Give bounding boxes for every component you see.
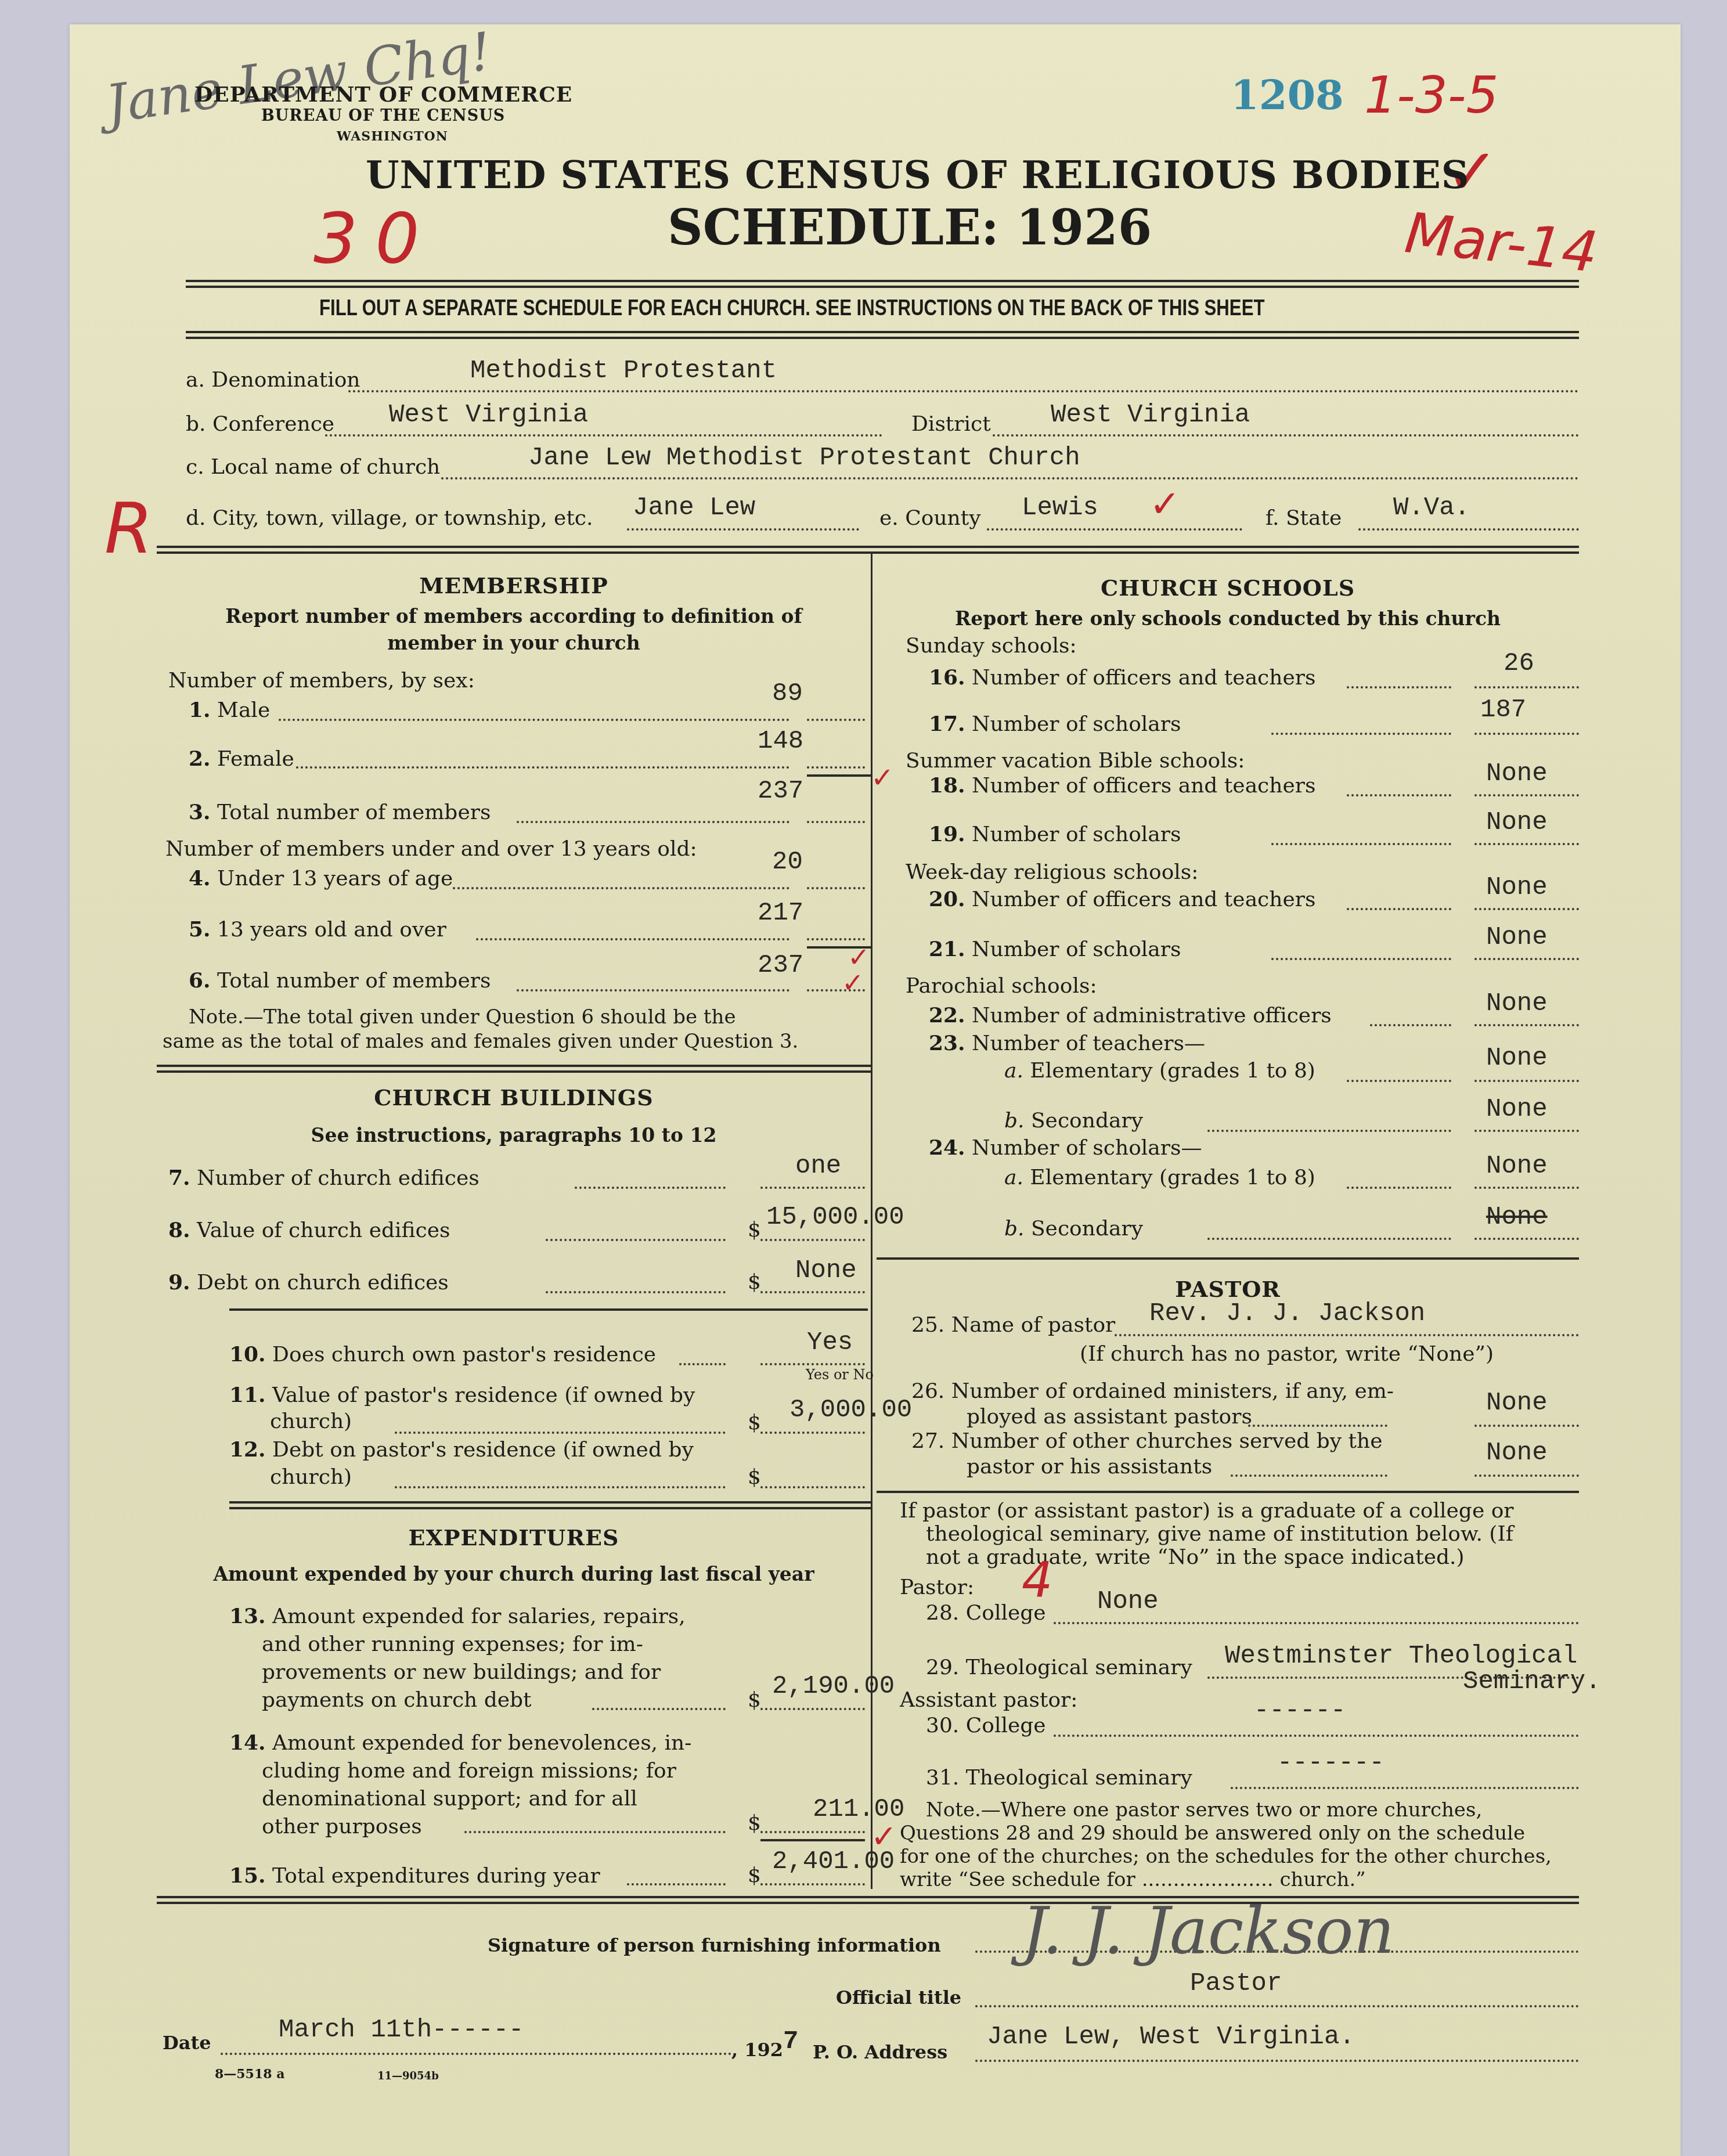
signature-label: Signature of person furnishing informati… bbox=[488, 1934, 941, 1956]
summer-teachers-field[interactable] bbox=[1474, 794, 1579, 796]
county-field[interactable] bbox=[987, 528, 1242, 531]
q4-label: Under 13 years of age bbox=[217, 867, 453, 890]
edifices-value-field[interactable] bbox=[760, 1239, 865, 1241]
date-year-suffix: 7 bbox=[783, 2027, 799, 2056]
summer-scholars-field[interactable] bbox=[1474, 843, 1579, 845]
dollar-sign: $ bbox=[748, 1811, 761, 1835]
po-address-field[interactable] bbox=[975, 2060, 1579, 2062]
weekday-scholars-value: None bbox=[1486, 923, 1548, 952]
female-field[interactable] bbox=[807, 766, 865, 769]
q24-number: 24. bbox=[929, 1135, 965, 1160]
pastor-name-hint: (If church has no pastor, write “None”) bbox=[1080, 1342, 1494, 1366]
assistant-pastors-field[interactable] bbox=[1474, 1425, 1579, 1427]
church-buildings-subtitle: See instructions, paragraphs 10 to 12 bbox=[157, 1124, 871, 1146]
pastor-note: Note.—Where one pastor serves two or mor… bbox=[926, 1798, 1482, 1822]
q22-label: Number of administrative officers bbox=[972, 1004, 1332, 1027]
q20-label: Number of officers and teachers bbox=[972, 888, 1315, 911]
state-field[interactable] bbox=[1358, 528, 1579, 531]
edifices-value: 15,000.00 bbox=[766, 1203, 904, 1232]
q18-number: 18. bbox=[929, 773, 965, 798]
red-mark-college: 4 bbox=[1022, 1551, 1052, 1608]
q10-number: 10. bbox=[229, 1342, 266, 1367]
assistant-seminary-value: ------- bbox=[1277, 1748, 1385, 1778]
q24b-label: Secondary bbox=[1031, 1217, 1143, 1241]
yes-or-no-hint: Yes or No bbox=[806, 1367, 874, 1383]
total-expenditures-value: 2,401.00 bbox=[772, 1847, 895, 1876]
pastor-note-4: write “See schedule for ................… bbox=[900, 1868, 1366, 1891]
other-churches-value: None bbox=[1486, 1438, 1548, 1468]
running-expenses-value: 2,190.00 bbox=[772, 1672, 895, 1701]
parochial-sec-scholars-field[interactable] bbox=[1474, 1238, 1579, 1240]
q5-number: 5. bbox=[189, 917, 211, 942]
residence-debt-field[interactable] bbox=[760, 1486, 865, 1488]
red-code-annotation: 1-3-5 bbox=[1364, 65, 1498, 125]
date-value: March 11th------ bbox=[279, 2016, 524, 2045]
official-title-field[interactable] bbox=[975, 2005, 1579, 2007]
q23b-letter: b. bbox=[1004, 1109, 1025, 1133]
department-name: DEPARTMENT OF COMMERCE bbox=[194, 82, 572, 107]
q13-label-3: provements or new buildings; and for bbox=[229, 1660, 661, 1684]
parochial-sec-teachers-value: None bbox=[1486, 1095, 1548, 1124]
membership-subtitle: Report number of members according to de… bbox=[157, 605, 871, 628]
date-year-prefix: , 192 bbox=[731, 2039, 783, 2061]
parochial-sec-scholars-value: None bbox=[1486, 1203, 1548, 1232]
form-code: 8—5518 a bbox=[215, 2067, 284, 2082]
under-13-field[interactable] bbox=[807, 887, 865, 889]
q24a-label: Elementary (grades 1 to 8) bbox=[1030, 1166, 1315, 1189]
conference-label: b. Conference bbox=[186, 412, 334, 436]
q14-label-4: other purposes bbox=[229, 1815, 422, 1838]
pastor-college-field[interactable] bbox=[1054, 1622, 1579, 1624]
q24a-letter: a. bbox=[1004, 1166, 1023, 1189]
q7-label: Number of church edifices bbox=[197, 1166, 479, 1190]
pastor-subheading: Pastor: bbox=[900, 1575, 974, 1599]
pastor-name-field[interactable] bbox=[1115, 1334, 1579, 1336]
official-title-value: Pastor bbox=[1190, 1969, 1282, 1998]
dollar-sign: $ bbox=[748, 1863, 761, 1887]
q14-label: Amount expended for benevolences, in- bbox=[272, 1731, 691, 1755]
local-name-field[interactable] bbox=[441, 477, 1579, 479]
county-label: e. County bbox=[879, 506, 981, 530]
date-label: Date bbox=[163, 2032, 211, 2054]
expenditures-title: EXPENDITURES bbox=[157, 1524, 871, 1551]
membership-note: Note.—The total given under Question 6 s… bbox=[189, 1005, 736, 1029]
q23b-label: Secondary bbox=[1031, 1109, 1143, 1133]
q3-label: Total number of members bbox=[217, 801, 491, 824]
edifices-count-value: one bbox=[795, 1152, 841, 1181]
city-field[interactable] bbox=[627, 528, 859, 531]
assistant-pastor-subheading: Assistant pastor: bbox=[900, 1688, 1077, 1712]
assistant-pastors-value: None bbox=[1486, 1389, 1548, 1418]
total-expenditures-field[interactable] bbox=[760, 1883, 865, 1885]
q13-label-2: and other running expenses; for im- bbox=[229, 1632, 643, 1656]
edifices-debt-value: None bbox=[795, 1256, 857, 1285]
official-title-label: Official title bbox=[836, 1986, 961, 2009]
q13-number: 13. bbox=[229, 1604, 266, 1628]
q21-label: Number of scholars bbox=[972, 938, 1181, 961]
graduate-instructions-3: not a graduate, write “No” in the space … bbox=[926, 1545, 1465, 1569]
residence-value: 3,000.00 bbox=[789, 1396, 912, 1425]
edifices-debt-field[interactable] bbox=[760, 1291, 865, 1293]
residence-value-field[interactable] bbox=[760, 1432, 865, 1434]
summer-scholars-value: None bbox=[1486, 808, 1548, 837]
q20-number: 20. bbox=[929, 887, 965, 911]
pastor-seminary-value-2: Seminary. bbox=[1463, 1667, 1601, 1696]
dollar-sign: $ bbox=[748, 1218, 761, 1242]
q16-label: Number of officers and teachers bbox=[972, 666, 1315, 690]
q2-label: Female bbox=[217, 747, 294, 771]
weekday-schools-label: Week-day religious schools: bbox=[906, 860, 1198, 884]
membership-title: MEMBERSHIP bbox=[157, 572, 871, 599]
q27-label-2: pastor or his assistants bbox=[967, 1455, 1212, 1479]
sunday-teachers-value: 26 bbox=[1504, 649, 1534, 678]
q18-label: Number of officers and teachers bbox=[972, 774, 1315, 798]
total-members-value: 237 bbox=[758, 777, 803, 806]
q3-number: 3. bbox=[189, 800, 211, 824]
red-date-annotation: Mar-14 bbox=[1402, 200, 1601, 285]
over-13-value: 217 bbox=[758, 899, 803, 928]
female-value: 148 bbox=[758, 727, 803, 756]
denomination-value: Methodist Protestant bbox=[470, 356, 777, 385]
conference-value: West Virginia bbox=[389, 401, 588, 430]
q23a-label: Elementary (grades 1 to 8) bbox=[1030, 1059, 1315, 1083]
q7-number: 7. bbox=[168, 1166, 190, 1190]
benevolences-field[interactable] bbox=[760, 1831, 865, 1833]
assistant-seminary-field[interactable] bbox=[1231, 1787, 1579, 1789]
male-value: 89 bbox=[772, 679, 803, 708]
parochial-elem-scholars-value: None bbox=[1486, 1152, 1548, 1181]
over-13-field[interactable] bbox=[807, 938, 865, 940]
q26-label: 26. Number of ordained ministers, if any… bbox=[911, 1379, 1394, 1403]
q19-label: Number of scholars bbox=[972, 823, 1181, 846]
membership-subtitle-2: member in your church bbox=[157, 632, 871, 654]
male-field[interactable] bbox=[807, 719, 865, 721]
city-name: WASHINGTON bbox=[337, 129, 448, 144]
state-label: f. State bbox=[1265, 506, 1342, 530]
assistant-college-value: ------ bbox=[1254, 1696, 1346, 1725]
district-field[interactable] bbox=[993, 434, 1579, 437]
q28-label: 28. College bbox=[926, 1601, 1046, 1625]
q14-number: 14. bbox=[229, 1730, 266, 1755]
denomination-label: a. Denomination bbox=[186, 368, 360, 392]
q23-number: 23. bbox=[929, 1031, 965, 1055]
blue-stamp-number: 1208 bbox=[1231, 71, 1344, 119]
q14-label-3: denominational support; and for all bbox=[229, 1787, 637, 1811]
red-number-annotation: 30 bbox=[313, 199, 437, 279]
q8-label: Value of church edifices bbox=[197, 1218, 450, 1242]
total-members-field[interactable] bbox=[807, 821, 865, 823]
red-checkmark-q6b: ✓ bbox=[842, 967, 864, 998]
q15-number: 15. bbox=[229, 1863, 266, 1888]
q12-number: 12. bbox=[229, 1437, 266, 1462]
running-expenses-field[interactable] bbox=[760, 1708, 865, 1710]
by-sex-label: Number of members, by sex: bbox=[168, 669, 475, 693]
q11-label-2: church) bbox=[270, 1409, 352, 1433]
parochial-elem-teachers-value: None bbox=[1486, 1044, 1548, 1073]
q30-label: 30. College bbox=[926, 1714, 1046, 1737]
q13-label: Amount expended for salaries, repairs, bbox=[272, 1605, 686, 1628]
parochial-schools-label: Parochial schools: bbox=[906, 974, 1097, 998]
q22-number: 22. bbox=[929, 1003, 965, 1027]
local-name-value: Jane Lew Methodist Protestant Church bbox=[528, 444, 1080, 473]
local-name-label: c. Local name of church bbox=[186, 455, 440, 479]
q1-number: 1. bbox=[189, 698, 211, 722]
sunday-scholars-value: 187 bbox=[1480, 695, 1526, 724]
red-margin-letter: R bbox=[104, 489, 153, 569]
q14-label-2: cluding home and foreign missions; for bbox=[229, 1759, 676, 1783]
q6-number: 6. bbox=[189, 968, 211, 993]
pastor-title: PASTOR bbox=[877, 1276, 1579, 1302]
q24b-letter: b. bbox=[1004, 1217, 1025, 1241]
dollar-sign: $ bbox=[748, 1270, 761, 1294]
assistant-college-field[interactable] bbox=[1054, 1735, 1579, 1737]
q6-label: Total number of members bbox=[217, 969, 491, 993]
owns-residence-field[interactable] bbox=[760, 1363, 865, 1365]
q12-label: Debt on pastor's residence (if owned by bbox=[272, 1438, 694, 1462]
red-checkmark-county: ✓ bbox=[1149, 483, 1181, 526]
district-label: District bbox=[911, 412, 991, 436]
q9-label: Debt on church edifices bbox=[197, 1271, 449, 1295]
q26-label-2: ployed as assistant pastors bbox=[967, 1405, 1252, 1429]
county-value: Lewis bbox=[1022, 493, 1098, 522]
q5-label: 13 years old and over bbox=[217, 918, 446, 942]
conference-field[interactable] bbox=[325, 434, 882, 437]
po-address-label: P. O. Address bbox=[813, 2041, 947, 2063]
weekday-teachers-value: None bbox=[1486, 873, 1548, 902]
instruction-banner: FILL OUT A SEPARATE SCHEDULE FOR EACH CH… bbox=[319, 296, 1264, 321]
other-churches-field[interactable] bbox=[1474, 1474, 1579, 1477]
po-address-value: Jane Lew, West Virginia. bbox=[987, 2022, 1355, 2052]
summer-teachers-value: None bbox=[1486, 759, 1548, 788]
form-code-2: 11—9054b bbox=[377, 2070, 439, 2082]
under-13-value: 20 bbox=[772, 848, 803, 877]
city-label: d. City, town, village, or township, etc… bbox=[186, 506, 593, 530]
form-title: UNITED STATES CENSUS OF RELIGIOUS BODIES bbox=[366, 152, 1470, 197]
q11-number: 11. bbox=[229, 1383, 266, 1407]
graduate-instructions-2: theological seminary, give name of insti… bbox=[926, 1522, 1513, 1546]
dollar-sign: $ bbox=[748, 1411, 761, 1434]
q21-number: 21. bbox=[929, 937, 965, 961]
graduate-instructions: If pastor (or assistant pastor) is a gra… bbox=[900, 1499, 1514, 1523]
q23-label: Number of teachers— bbox=[972, 1032, 1205, 1055]
parochial-officers-value: None bbox=[1486, 989, 1548, 1018]
summer-schools-label: Summer vacation Bible schools: bbox=[906, 749, 1245, 773]
pastor-seminary-value: Westminster Theological bbox=[1225, 1642, 1577, 1671]
pastor-name-value: Rev. J. J. Jackson bbox=[1149, 1299, 1425, 1328]
total-members-2-value: 237 bbox=[758, 951, 803, 980]
sunday-schools-label: Sunday schools: bbox=[906, 634, 1077, 658]
parochial-officers-field[interactable] bbox=[1474, 1024, 1579, 1026]
q17-number: 17. bbox=[929, 712, 965, 736]
dollar-sign: $ bbox=[748, 1465, 761, 1489]
weekday-scholars-field[interactable] bbox=[1474, 958, 1579, 960]
denomination-field[interactable] bbox=[348, 390, 1579, 392]
church-schools-subtitle: Report here only schools conducted by th… bbox=[877, 607, 1579, 630]
pastor-college-value: None bbox=[1097, 1587, 1159, 1616]
district-value: West Virginia bbox=[1051, 401, 1250, 430]
sunday-teachers-field[interactable] bbox=[1474, 686, 1579, 688]
q23a-letter: a. bbox=[1004, 1059, 1023, 1083]
signature-value: J. J. Jackson bbox=[1022, 1894, 1394, 1968]
q9-number: 9. bbox=[168, 1270, 190, 1295]
parochial-sec-teachers-field[interactable] bbox=[1474, 1130, 1579, 1132]
pastor-note-2: Questions 28 and 29 should be answered o… bbox=[900, 1822, 1525, 1845]
q11-label: Value of pastor's residence (if owned by bbox=[272, 1383, 695, 1407]
census-schedule-sheet: Jane Lew Chq! 30 1208 1-3-5 ✓ Mar-14 R D… bbox=[70, 24, 1681, 2156]
pastor-note-3: for one of the churches; on the schedule… bbox=[900, 1845, 1552, 1868]
edifices-count-field[interactable] bbox=[760, 1187, 865, 1189]
q24-label: Number of scholars— bbox=[972, 1136, 1202, 1160]
church-buildings-title: CHURCH BUILDINGS bbox=[157, 1084, 871, 1111]
state-value: W.Va. bbox=[1393, 493, 1470, 522]
q8-number: 8. bbox=[168, 1218, 190, 1242]
membership-note-2: same as the total of males and females g… bbox=[163, 1030, 798, 1053]
q31-label: 31. Theological seminary bbox=[926, 1766, 1192, 1790]
q17-label: Number of scholars bbox=[972, 712, 1181, 736]
date-field[interactable] bbox=[221, 2053, 731, 2055]
q15-label: Total expenditures during year bbox=[272, 1864, 600, 1888]
dollar-sign: $ bbox=[748, 1688, 761, 1712]
owns-residence-value: Yes bbox=[807, 1328, 853, 1357]
bureau-name: BUREAU OF THE CENSUS bbox=[261, 107, 505, 125]
q13-label-4: payments on church debt bbox=[229, 1688, 532, 1712]
q29-label: 29. Theological seminary bbox=[926, 1656, 1192, 1679]
sunday-scholars-field[interactable] bbox=[1474, 733, 1579, 735]
pastor-name-label: 25. Name of pastor bbox=[911, 1313, 1115, 1337]
schedule-year: SCHEDULE: 1926 bbox=[668, 199, 1152, 256]
q10-label: Does church own pastor's residence bbox=[272, 1343, 656, 1367]
weekday-teachers-field[interactable] bbox=[1474, 908, 1579, 910]
q2-number: 2. bbox=[189, 747, 211, 771]
q27-label: 27. Number of other churches served by t… bbox=[911, 1429, 1382, 1453]
red-checkmark-q3: ✓ bbox=[871, 762, 894, 794]
parochial-elem-teachers-field[interactable] bbox=[1474, 1080, 1579, 1082]
age-label: Number of members under and over 13 year… bbox=[165, 837, 697, 861]
q4-number: 4. bbox=[189, 866, 211, 890]
parochial-elem-scholars-field[interactable] bbox=[1474, 1187, 1579, 1189]
q19-number: 19. bbox=[929, 822, 965, 846]
church-schools-title: CHURCH SCHOOLS bbox=[877, 575, 1579, 601]
q1-label: Male bbox=[217, 698, 270, 722]
q12-label-2: church) bbox=[270, 1465, 352, 1489]
q16-number: 16. bbox=[929, 665, 965, 690]
city-value: Jane Lew bbox=[633, 493, 755, 522]
expenditures-subtitle: Amount expended by your church during la… bbox=[157, 1563, 871, 1585]
